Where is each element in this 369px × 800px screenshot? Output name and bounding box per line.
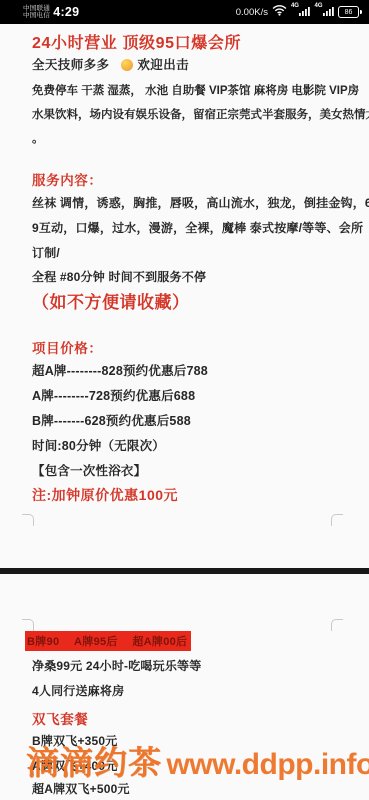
tier-highlight-line: B牌90 A牌95后 超A牌00后 (25, 631, 191, 651)
service-line-3: 订制/ (32, 244, 60, 261)
service-line-1: 丝袜 调情，诱惑，胸推，唇吸，高山流水，独龙，倒挂金钩，6 (32, 194, 369, 211)
card-corner (331, 514, 343, 526)
group-offer-line: 4人同行送麻将房 (32, 682, 124, 699)
battery-cap (360, 10, 362, 14)
watermark-url: www.ddpp.info (166, 748, 369, 781)
phone-screen: 中国联通 中国电信 4:29 0.00K/s 4G (0, 0, 369, 800)
price-line-2: A牌--------728预约优惠后688 (32, 386, 195, 404)
sim1-signal: 4G (291, 3, 311, 21)
battery-level: 86 (338, 6, 359, 18)
status-bar: 中国联通 中国电信 4:29 0.00K/s 4G (0, 0, 369, 24)
fist-emoji-icon (121, 59, 133, 71)
sim2-signal: 4G (314, 3, 334, 21)
duration-line: 全程 #80分钟 时间不到服务不停 (32, 268, 206, 285)
battery-icon: 86 (338, 6, 362, 18)
post-title: 24小时营业 顶级95口爆会所 (32, 30, 241, 53)
card-corner (22, 514, 34, 526)
screenshot-divider (0, 568, 369, 574)
carrier-1: 中国联通 (23, 5, 50, 13)
carrier-2: 中国电信 (23, 12, 50, 20)
network-speed: 0.00K/s (236, 7, 268, 18)
card-corner (331, 619, 343, 631)
favorite-note: （如不方便请收藏） (32, 288, 190, 313)
sim2-network-type: 4G (314, 3, 322, 9)
staff-welcome-line: 全天技师多多欢迎出击 (32, 55, 189, 73)
signal-bars-icon (299, 3, 310, 21)
service-line-2: 9互动，口爆，过水，漫游，全裸，魔棒 泰式按摩/等等、会所 (32, 219, 363, 236)
carrier-labels: 中国联通 中国电信 (23, 5, 50, 20)
time-note: 时间:80分钟（无限次） (32, 436, 165, 454)
clock: 4:29 (53, 5, 79, 19)
card-corner (22, 619, 34, 631)
welcome-text: 欢迎出击 (137, 58, 189, 72)
service-header: 服务内容： (32, 169, 103, 189)
status-left: 中国联通 中国电信 4:29 (7, 5, 79, 20)
price-header: 项目价格： (32, 337, 103, 357)
amenities-line-1: 免费停车 干蒸 湿蒸， 水池 自助餐 VIP茶馆 麻将房 电影院 VIP房 (32, 82, 359, 98)
sim1-network-type: 4G (291, 3, 299, 9)
watermark-brand: 滴滴约茶 (26, 744, 162, 781)
sauna-line: 净桑99元 24小时-吃喝玩乐等等 (32, 657, 201, 674)
watermark: 滴滴约茶 www.ddpp.info (26, 737, 369, 784)
signal-bars-icon (323, 3, 334, 21)
status-right: 0.00K/s 4G (236, 3, 362, 21)
amenities-line-3: 。 (32, 130, 44, 146)
combo-header: 双飞套餐 (32, 708, 88, 728)
price-line-1: 超A牌--------828预约优惠后788 (32, 361, 208, 379)
extra-fee-note: 注:加钟原价优惠100元 (32, 485, 178, 505)
wifi-icon (272, 3, 287, 21)
staff-text: 全天技师多多 (32, 58, 109, 72)
include-note: 【包含一次性浴衣】 (32, 461, 146, 479)
amenities-line-2: 水果饮料，场内设有娱乐设备，留宿正宗莞式半套服务，美女热情大方 (32, 106, 369, 122)
price-line-3: B牌-------628预约优惠后588 (32, 411, 191, 429)
